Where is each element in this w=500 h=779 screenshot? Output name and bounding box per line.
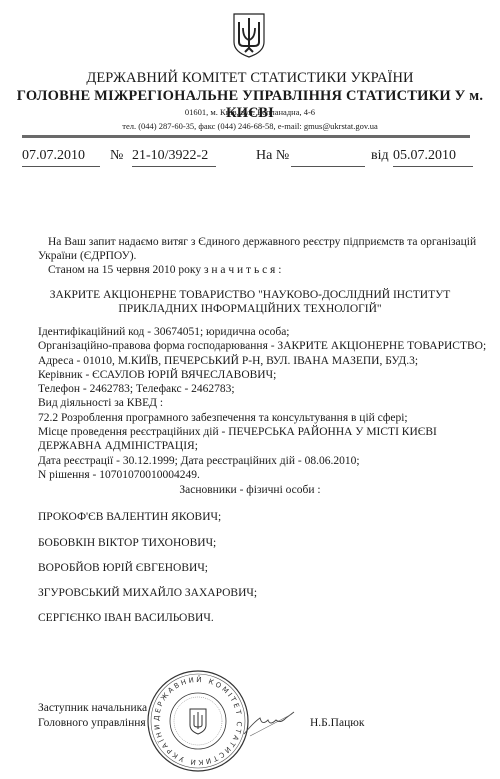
- founder-item: ПРОКОФ'ЄВ ВАЛЕНТИН ЯКОВИЧ;: [38, 511, 221, 523]
- org-name-line1: ДЕРЖАВНИЙ КОМІТЕТ СТАТИСТИКИ УКРАЇНИ: [0, 70, 500, 87]
- in-reply-label: На №: [256, 148, 289, 164]
- detail-line: Організаційно-правова форма господарюван…: [38, 339, 488, 353]
- from-label: від: [371, 148, 389, 164]
- intro-paragraph: На Ваш запит надаємо витяг з Єдиного дер…: [38, 235, 478, 263]
- detail-line: Дата реєстрації - 30.12.1999; Дата реєст…: [38, 454, 488, 468]
- signatory-position-line1: Заступник начальника: [38, 702, 147, 714]
- detail-line: Телефон - 2462783; Телефакс - 2462783;: [38, 382, 488, 396]
- svg-text:ДЕРЖАВНИЙ КОМІТЕТ СТАТИСТИКИ У: ДЕРЖАВНИЙ КОМІТЕТ СТАТИСТИКИ УКРАЇНИ •: [146, 669, 243, 766]
- detail-line: N рішення - 10701070010004249.: [38, 468, 488, 482]
- reference-row: 07.07.2010 № 21-10/3922-2 На № від 05.07…: [0, 148, 500, 172]
- as-of-line: Станом на 15 червня 2010 року з н а ч и …: [38, 263, 281, 277]
- entity-name-line1: ЗАКРИТЕ АКЦІОНЕРНЕ ТОВАРИСТВО "НАУКОВО-Д…: [0, 288, 500, 302]
- founder-item: ЗГУРОВСЬКИЙ МИХАЙЛО ЗАХАРОВИЧ;: [38, 587, 257, 599]
- signatory-position-line2: Головного управління: [38, 717, 146, 729]
- founder-item: СЕРГІЄНКО ІВАН ВАСИЛЬОВИЧ.: [38, 612, 214, 624]
- org-address: 01601, м. Київ, вул. Еспланадна, 4-6: [0, 107, 500, 117]
- in-reply-number: [291, 148, 365, 167]
- entity-details: Ідентифікаційний код - 30674051; юридичн…: [38, 325, 488, 482]
- outgoing-date: 07.07.2010: [22, 148, 100, 167]
- detail-line: Адреса - 01010, М.КИЇВ, ПЕЧЕРСЬКИЙ Р-Н, …: [38, 354, 488, 368]
- outgoing-number: 21-10/3922-2: [132, 148, 216, 167]
- detail-line: 72.2 Розроблення програмного забезпеченн…: [38, 411, 488, 425]
- detail-line: Місце проведення реєстраційних дій - ПЕЧ…: [38, 425, 488, 439]
- trident-emblem-icon: [232, 12, 266, 58]
- detail-line: Керівник - ЄСАУЛОВ ЮРІЙ ВЯЧЕСЛАВОВИЧ;: [38, 368, 488, 382]
- intro-text: На Ваш запит надаємо витяг з Єдиного дер…: [38, 236, 476, 262]
- in-reply-date: 05.07.2010: [393, 148, 473, 167]
- number-label: №: [110, 148, 123, 164]
- entity-name-line2: ПРИКЛАДНИХ ІНФОРМАЦІЙНИХ ТЕХНОЛОГІЙ": [0, 302, 500, 316]
- entity-name: ЗАКРИТЕ АКЦІОНЕРНЕ ТОВАРИСТВО "НАУКОВО-Д…: [0, 288, 500, 316]
- detail-line: ДЕРЖАВНА АДМІНІСТРАЦІЯ;: [38, 439, 488, 453]
- founder-item: БОБОВКІН ВІКТОР ТИХОНОВИЧ;: [38, 537, 216, 549]
- detail-line: Вид діяльності за КВЕД :: [38, 396, 488, 410]
- founder-item: ВОРОБЙОВ ЮРІЙ ЄВГЕНОВИЧ;: [38, 562, 208, 574]
- official-stamp-icon: ДЕРЖАВНИЙ КОМІТЕТ СТАТИСТИКИ УКРАЇНИ •: [146, 669, 250, 773]
- detail-line: Ідентифікаційний код - 30674051; юридичн…: [38, 325, 488, 339]
- header-divider: [22, 135, 470, 138]
- signature-icon: [240, 708, 300, 738]
- org-contacts: тел. (044) 287-60-35, факс (044) 246-68-…: [0, 121, 500, 131]
- founders-title: Засновники - фізичні особи :: [0, 484, 500, 496]
- signatory-name: Н.Б.Пацюк: [310, 717, 364, 729]
